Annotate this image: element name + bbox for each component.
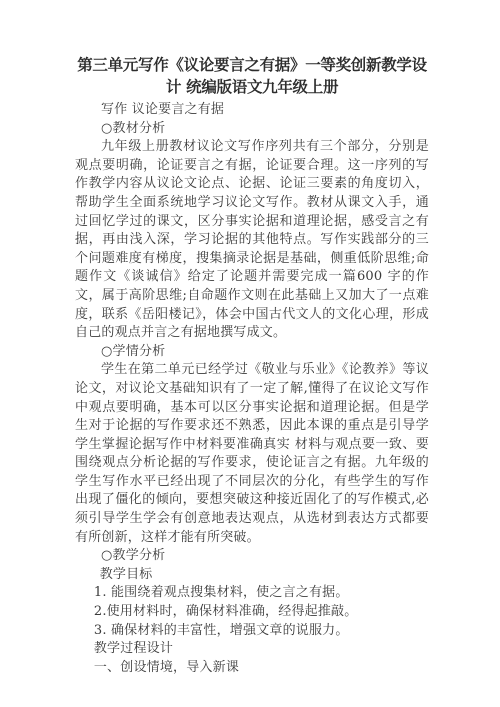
document-title: 第三单元写作《议论要言之有据》一等奖创新教学设计 统编版语文九年级上册 <box>75 54 429 98</box>
paragraph: 学生在第二单元已经学过《敬业与乐业》《论教养》等议论文，对议论文基础知识有了一定… <box>75 361 429 547</box>
document-title-line-2: 计 统编版语文九年级上册 <box>166 78 338 96</box>
paragraph: 教学目标 <box>75 566 429 585</box>
paragraph: 一、创设情境，导入新课 <box>75 659 429 678</box>
document-body: 写作 议论要言之有据○教材分析九年级上册教材议论文写作序列共有三个部分，分别是观… <box>75 101 429 677</box>
document-page: 第三单元写作《议论要言之有据》一等奖创新教学设计 统编版语文九年级上册 写作 议… <box>0 0 500 707</box>
document-title-line-1: 第三单元写作《议论要言之有据》一等奖创新教学设 <box>77 56 427 74</box>
paragraph: 1. 能围绕着观点搜集材料，使之言之有据。 <box>75 584 429 603</box>
paragraph: 2.使用材料时，确保材料准确，经得起推敲。 <box>75 603 429 622</box>
paragraph: 写作 议论要言之有据 <box>75 101 429 120</box>
paragraph: ○教学分析 <box>75 547 429 566</box>
paragraph: 3. 确保材料的丰富性，增强文章的说服力。 <box>75 622 429 641</box>
paragraph: ○学情分析 <box>75 343 429 362</box>
paragraph: 教学过程设计 <box>75 640 429 659</box>
paragraph: 九年级上册教材议论文写作序列共有三个部分，分别是观点要明确，论证要言之有据，论证… <box>75 138 429 343</box>
paragraph: ○教材分析 <box>75 120 429 139</box>
